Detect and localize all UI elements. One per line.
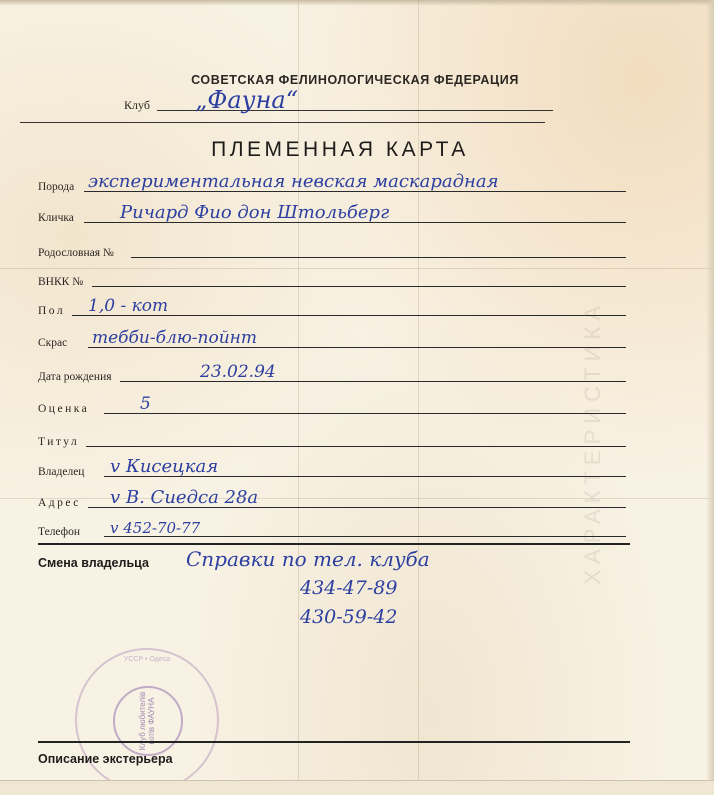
owner-change-note: Справки по тел. клуба [186, 547, 430, 571]
field-line [86, 446, 626, 447]
field-value: v Кисецкая [110, 456, 218, 477]
field-vikk: ВНКК № [0, 267, 714, 291]
field-label: Скрас [38, 337, 67, 349]
field-label: Адрес [38, 497, 81, 509]
field-value: 1,0 - кот [88, 296, 168, 316]
field-value: v 452-70-77 [110, 519, 200, 537]
field-phone: Телефон v 452-70-77 [0, 517, 714, 541]
field-value: 23.02.94 [200, 362, 276, 382]
field-label: Титул [38, 436, 79, 448]
field-value: экспериментальная невская маскарадная [88, 171, 499, 192]
field-line [104, 413, 626, 414]
field-address: Адрес v В. Сиедса 28а [0, 488, 714, 512]
owner-change-label: Смена владельца [38, 556, 149, 570]
club-line [20, 122, 545, 123]
field-value: Ричард Фио дон Штольберг [120, 202, 389, 223]
stamp-center-text: Клуб любителів котів ФАУНА [113, 686, 183, 756]
section-divider [38, 741, 630, 743]
document-title: ПЛЕМЕННАЯ КАРТА [190, 138, 490, 162]
field-label: Родословная № [38, 247, 114, 259]
field-label: ВНКК № [38, 276, 83, 288]
field-name: Кличка Ричард Фио дон Штольберг [0, 203, 714, 227]
field-label: Пол [38, 305, 65, 317]
field-pedigree: Родословная № [0, 238, 714, 262]
field-value: 5 [140, 394, 151, 414]
field-line [131, 257, 626, 258]
section-divider [38, 543, 630, 545]
field-label: Владелец [38, 466, 84, 478]
field-dob: Дата рождения 23.02.94 [0, 362, 714, 386]
field-line [92, 286, 626, 287]
organization-header: СОВЕТСКАЯ ФЕЛИНОЛОГИЧЕСКАЯ ФЕДЕРАЦИЯ [170, 73, 540, 87]
paper-bottom-edge [0, 780, 714, 795]
field-breed: Порода экспериментальная невская маскара… [0, 172, 714, 196]
field-label: Оценка [38, 403, 89, 415]
field-label: Телефон [38, 526, 80, 538]
club-stamp: УССР • Одеса Клуб любителів котів ФАУНА [75, 648, 219, 792]
torn-top-edge [0, 0, 714, 6]
field-sex: Пол 1,0 - кот [0, 296, 714, 320]
club-field: Клуб „Фауна“ [0, 96, 714, 124]
owner-change-phone: 430-59-42 [300, 606, 397, 628]
field-line [120, 381, 626, 382]
owner-change-phone: 434-47-89 [300, 577, 397, 599]
field-label: Порода [38, 181, 74, 193]
field-value: тебби-блю-пойнт [92, 328, 257, 348]
field-label: Кличка [38, 212, 74, 224]
field-value: v В. Сиедса 28а [110, 487, 258, 508]
exterior-label: Описание экстерьера [38, 752, 173, 766]
field-label: Дата рождения [38, 371, 112, 383]
club-value: „Фауна“ [195, 86, 298, 114]
field-titul: Титул [0, 427, 714, 451]
club-label: Клуб [124, 98, 150, 113]
field-owner: Владелец v Кисецкая [0, 457, 714, 481]
field-rating: Оценка 5 [0, 394, 714, 418]
document-paper: ХАРАКТЕРИСТИКА СОВЕТСКАЯ ФЕЛИНОЛОГИЧЕСКА… [0, 0, 714, 795]
field-color: Скрас тебби-блю-пойнт [0, 328, 714, 352]
